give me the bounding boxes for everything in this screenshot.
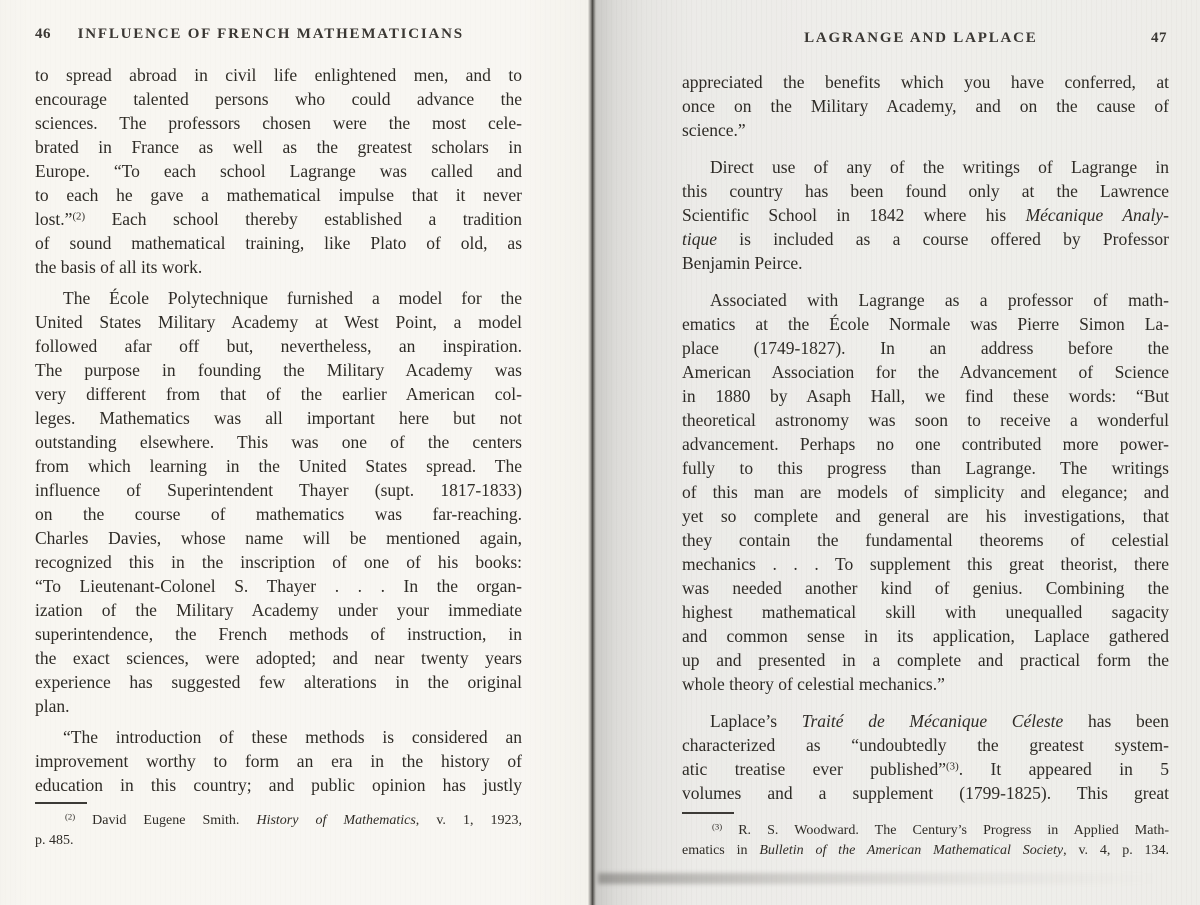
right-running-head: LAGRANGE AND LAPLACE 47	[682, 30, 1169, 52]
text-line: Europe. “To each school Lagrange was cal…	[35, 159, 522, 183]
text-line: fully to this progress than Lagrange. Th…	[682, 456, 1169, 480]
text-line: characterized as “undoubtedly the greate…	[682, 733, 1169, 757]
text-line: influence of Superintendent Thayer (supt…	[35, 478, 522, 502]
text-line: volumes and a supplement (1799-1825). Th…	[682, 781, 1169, 805]
text-line: (3) R. S. Woodward. The Century’s Progre…	[682, 821, 1169, 841]
text-line: lost.”(2) Each school thereby establishe…	[35, 207, 522, 231]
text-line: outstanding elsewhere. This was one of t…	[35, 430, 522, 454]
text-line: recognized this in the inscription of on…	[35, 550, 522, 574]
book-spread: 46 INFLUENCE OF FRENCH MATHEMATICIANS to…	[0, 0, 1200, 905]
text-line: followed afar off but, nevertheless, an …	[35, 334, 522, 358]
text-line: of sound mathematical training, like Pla…	[35, 231, 522, 255]
right-footnotes: (3) R. S. Woodward. The Century’s Progre…	[682, 812, 1169, 861]
text-line: atic treatise ever published”(3). It app…	[682, 757, 1169, 781]
text-line: theoretical astronomy was soon to receiv…	[682, 408, 1169, 432]
gutter-shadow	[588, 0, 596, 905]
paragraph: Associated with Lagrange as a professor …	[682, 288, 1169, 696]
left-running-title: INFLUENCE OF FRENCH MATHEMATICIANS	[78, 26, 464, 43]
text-line: ization of the Military Academy under yo…	[35, 598, 522, 622]
text-line: was needed another kind of genius. Combi…	[682, 576, 1169, 600]
text-line: plan.	[35, 694, 522, 718]
paragraph: to spread abroad in civil life enlighten…	[35, 63, 522, 279]
text-line: education in this country; and public op…	[35, 773, 522, 797]
right-page-body: appreciated the benefits which you have …	[682, 70, 1169, 805]
paragraph: (3) R. S. Woodward. The Century’s Progre…	[682, 821, 1169, 861]
text-line: science.”	[682, 118, 1169, 142]
text-line: in 1880 by Asaph Hall, we find these wor…	[682, 384, 1169, 408]
text-line: yet so complete and general are his inve…	[682, 504, 1169, 528]
text-line: experience has suggested few alterations…	[35, 670, 522, 694]
paragraph: Laplace’s Traité de Mécanique Céleste ha…	[682, 709, 1169, 805]
footnote-rule	[682, 812, 734, 814]
text-line: p. 485.	[35, 831, 522, 851]
text-line: The École Polytechnique furnished a mode…	[35, 286, 522, 310]
text-line: Charles Davies, whose name will be menti…	[35, 526, 522, 550]
text-line: they contain the fundamental theorems of…	[682, 528, 1169, 552]
text-line: sciences. The professors chosen were the…	[35, 111, 522, 135]
text-line: the exact sciences, were adopted; and ne…	[35, 646, 522, 670]
text-line: from which learning in the United States…	[35, 454, 522, 478]
text-line: whole theory of celestial mechanics.”	[682, 672, 1169, 696]
text-line: to spread abroad in civil life enlighten…	[35, 63, 522, 87]
text-line: American Association for the Advancement…	[682, 360, 1169, 384]
text-line: “The introduction of these methods is co…	[35, 725, 522, 749]
text-line: encourage talented persons who could adv…	[35, 87, 522, 111]
text-line: Direct use of any of the writings of Lag…	[682, 155, 1169, 179]
text-line: United States Military Academy at West P…	[35, 310, 522, 334]
text-line: tique is included as a course offered by…	[682, 227, 1169, 251]
left-footnote-text: (2) David Eugene Smith. History of Mathe…	[35, 811, 522, 851]
paragraph: (2) David Eugene Smith. History of Mathe…	[35, 811, 522, 851]
left-footnotes: (2) David Eugene Smith. History of Mathe…	[35, 802, 522, 851]
text-line: this country has been found only at the …	[682, 179, 1169, 203]
text-line: ematics at the École Normale was Pierre …	[682, 312, 1169, 336]
text-line: highest mathematical skill with unequall…	[682, 600, 1169, 624]
text-line: mechanics . . . To supplement this great…	[682, 552, 1169, 576]
text-line: advancement. Perhaps no one contributed …	[682, 432, 1169, 456]
left-page-body: to spread abroad in civil life enlighten…	[35, 63, 522, 797]
right-running-title: LAGRANGE AND LAPLACE	[804, 30, 1038, 47]
text-line: leges. Mathematics was all important her…	[35, 406, 522, 430]
text-line: improvement worthy to form an era in the…	[35, 749, 522, 773]
left-page-number: 46	[35, 26, 51, 43]
text-line: of this man are models of simplicity and…	[682, 480, 1169, 504]
text-line: appreciated the benefits which you have …	[682, 70, 1169, 94]
text-line: ematics in Bulletin of the American Math…	[682, 841, 1169, 861]
left-page: 46 INFLUENCE OF FRENCH MATHEMATICIANS to…	[0, 0, 588, 905]
text-line: once on the Military Academy, and on the…	[682, 94, 1169, 118]
text-line: place (1749-1827). In an address before …	[682, 336, 1169, 360]
text-line: Benjamin Peirce.	[682, 251, 1169, 275]
right-page: LAGRANGE AND LAPLACE 47 appreciated the …	[596, 0, 1200, 905]
text-line: to each he gave a mathematical impulse t…	[35, 183, 522, 207]
text-line: superintendence, the French methods of i…	[35, 622, 522, 646]
text-line: (2) David Eugene Smith. History of Mathe…	[35, 811, 522, 831]
text-line: Scientific School in 1842 where his Méca…	[682, 203, 1169, 227]
text-line: Associated with Lagrange as a professor …	[682, 288, 1169, 312]
left-running-head: 46 INFLUENCE OF FRENCH MATHEMATICIANS	[35, 26, 522, 48]
text-line: brated in France as well as the greatest…	[35, 135, 522, 159]
text-line: The purpose in founding the Military Aca…	[35, 358, 522, 382]
text-line: “To Lieutenant-Colonel S. Thayer . . . I…	[35, 574, 522, 598]
text-line: the basis of all its work.	[35, 255, 522, 279]
right-page-number: 47	[1151, 30, 1167, 47]
text-line: on the course of mathematics was far-rea…	[35, 502, 522, 526]
text-line: very different from that of the earlier …	[35, 382, 522, 406]
text-line: Laplace’s Traité de Mécanique Céleste ha…	[682, 709, 1169, 733]
text-line: and common sense in its application, Lap…	[682, 624, 1169, 648]
paragraph: The École Polytechnique furnished a mode…	[35, 286, 522, 718]
paragraph: Direct use of any of the writings of Lag…	[682, 155, 1169, 275]
right-footnote-text: (3) R. S. Woodward. The Century’s Progre…	[682, 821, 1169, 861]
paragraph: appreciated the benefits which you have …	[682, 70, 1169, 142]
footnote-rule	[35, 802, 87, 804]
paragraph: “The introduction of these methods is co…	[35, 725, 522, 797]
text-line: up and presented in a complete and pract…	[682, 648, 1169, 672]
